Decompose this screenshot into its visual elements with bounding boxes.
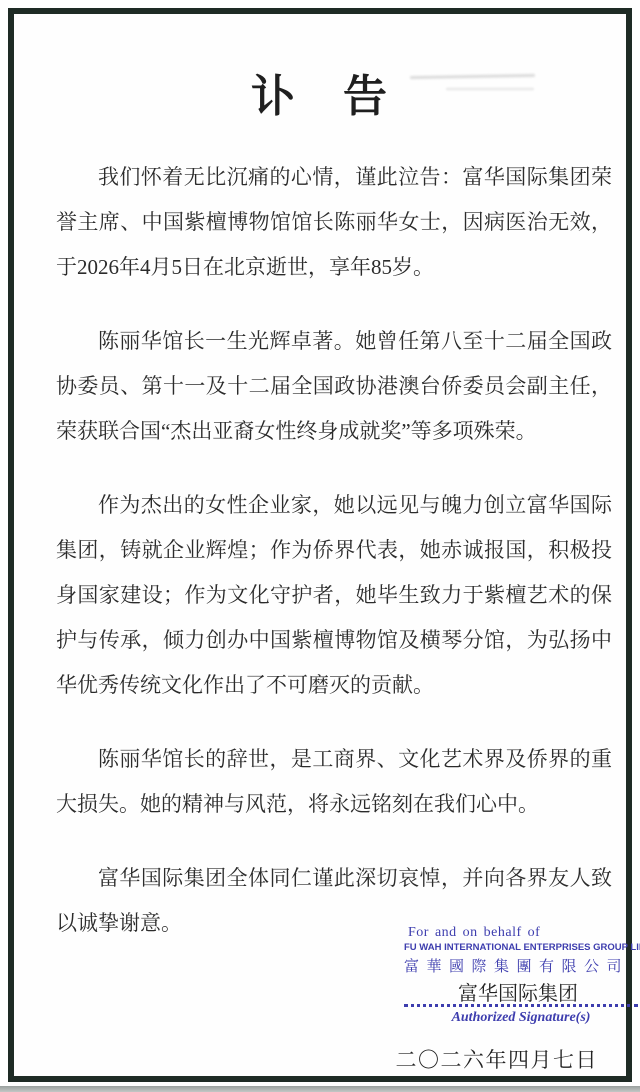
- signer-company-name: 富华国际集团: [458, 977, 578, 1006]
- faint-smudge-mark: [446, 88, 534, 90]
- photo-edge-shadow: [0, 1086, 640, 1092]
- paragraph-loss: 陈丽华馆长的辞世，是工商界、文化艺术界及侨界的重大损失。她的精神与风范，将永远铭…: [56, 737, 612, 827]
- page-title: 讣 告: [14, 60, 626, 124]
- authorized-signatures-label: Authorized Signature(s): [404, 1010, 638, 1026]
- obituary-date: 二〇二六年四月七日: [396, 1044, 599, 1074]
- company-stamp: For and on behalf of FU WAH INTERNATIONA…: [404, 925, 640, 976]
- signature-dotted-line: [404, 1004, 638, 1007]
- paragraph-achievements: 作为杰出的女性企业家，她以远见与魄力创立富华国际集团，铸就企业辉煌；作为侨界代表…: [56, 483, 612, 708]
- page-border-frame: 讣 告 我们怀着无比沉痛的心情，谨此泣告：富华国际集团荣誉主席、中国紫檀博物馆馆…: [8, 8, 632, 1082]
- stamp-for-and-on-behalf: For and on behalf of: [408, 925, 640, 941]
- paragraph-death-announcement: 我们怀着无比沉痛的心情，谨此泣告：富华国际集团荣誉主席、中国紫檀博物馆馆长陈丽华…: [56, 155, 612, 290]
- obituary-page: 讣 告 我们怀着无比沉痛的心情，谨此泣告：富华国际集团荣誉主席、中国紫檀博物馆馆…: [0, 0, 640, 1092]
- obituary-body: 我们怀着无比沉痛的心情，谨此泣告：富华国际集团荣誉主席、中国紫檀博物馆馆长陈丽华…: [56, 155, 612, 975]
- stamp-company-name-cn-traditional: 富華國際集團有限公司: [404, 955, 640, 976]
- paragraph-honors: 陈丽华馆长一生光辉卓著。她曾任第八至十二届全国政协委员、第十一及十二届全国政协港…: [56, 319, 612, 454]
- stamp-company-name-en: FU WAH INTERNATIONAL ENTERPRISES GROUP L…: [404, 942, 640, 953]
